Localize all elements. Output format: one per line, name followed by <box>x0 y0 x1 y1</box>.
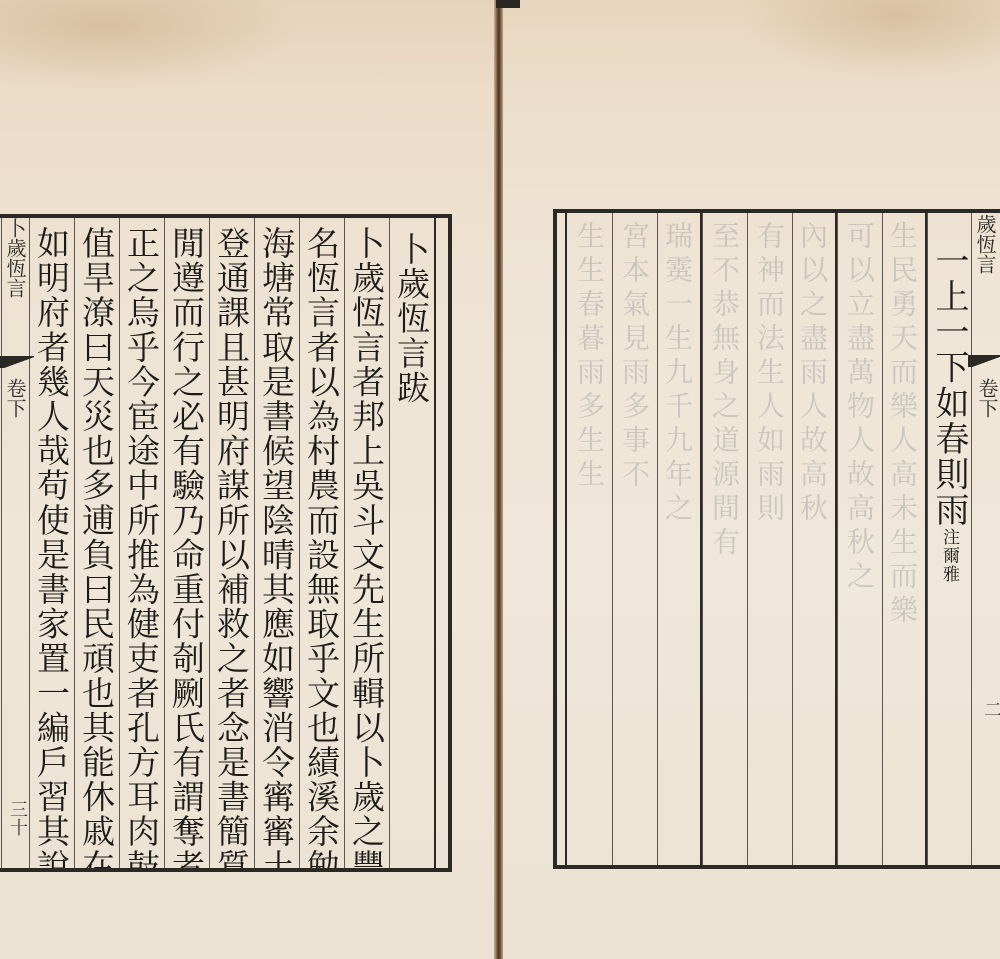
faint-column: 可以立盡萬物人故高秋之 <box>837 213 882 865</box>
fishtail-mark-icon <box>0 356 34 368</box>
text-column: 如明府者幾人哉苟使是書家置一編戶習其說卜歲之徵洞 <box>29 218 74 868</box>
text-column: 閒遵而行之必有驗乃命重付剞劂氏有謂奪者屬余補而是 <box>164 218 209 868</box>
book-spine-gutter <box>494 0 503 959</box>
right-page-frame: 生生春暮雨多生生 宮本氣見雨多事不 瑞霙一生九千九年之 至不恭無身之道源間有 有… <box>553 209 1000 869</box>
right-spine-volume: 卷下 <box>972 378 1000 418</box>
left-page-frame: 卜歲恆言跋 卜歲恆言者邦上吳斗文先生所輯以卜歲之豐歉水旱者也 名恆言者以為村農而… <box>0 214 452 872</box>
left-text-block: 卜歲恆言跋 卜歲恆言者邦上吳斗文先生所輯以卜歲之豐歉水旱者也 名恆言者以為村農而… <box>0 218 436 868</box>
fishtail-mark-icon <box>968 355 1000 367</box>
right-folio-number: 二 <box>978 700 1000 718</box>
text-column: 登通課且甚明府謀所以補救之者念是書簡質易曉流傳民 <box>209 218 254 868</box>
text-column: 海塘常取是書候望陰晴其應如響消令寗寗土故瘠歲比不 <box>254 218 299 868</box>
faint-column: 瑞霙一生九千九年之 <box>657 213 702 865</box>
right-spine-title: 歲恆言 <box>970 214 1000 274</box>
annotation-note: 注爾雅 <box>939 528 959 584</box>
right-first-column: 一上一下如春則雨注爾雅 <box>927 213 972 865</box>
faint-column: 宮本氣見雨多事不 <box>612 213 657 865</box>
water-stain <box>0 0 300 90</box>
spine-margin-column <box>1 218 29 868</box>
faint-column: 生民勇天而樂人高未生而樂 <box>882 213 927 865</box>
left-spine-title: 卜歲恆言 <box>0 218 30 298</box>
colophon-title: 卜歲恆言跋 <box>389 218 434 868</box>
text-column: 卜歲恆言者邦上吳斗文先生所輯以卜歲之豐歉水旱者也 <box>344 218 389 868</box>
spine-binding-mark <box>496 0 520 8</box>
text-column: 名恆言者以為村農而設無取乎文也績溪余勉齋明府昔任 <box>299 218 344 868</box>
faint-column: 至不恭無身之道源間有 <box>702 213 747 865</box>
faint-column: 有神而法生人如雨則 <box>747 213 792 865</box>
left-folio-number: 三十 <box>4 800 30 836</box>
water-stain <box>740 0 1000 80</box>
faint-column: 生生春暮雨多生生 <box>567 213 612 865</box>
right-text-block: 生生春暮雨多生生 宮本氣見雨多事不 瑞霙一生九千九年之 至不恭無身之道源間有 有… <box>565 213 1000 865</box>
faint-column: 內以之盡雨人故高秋 <box>792 213 837 865</box>
text-column: 值旱潦曰天災也多逋負曰民頑也其能休戚在己講求農政 <box>74 218 119 868</box>
text-column: 正之烏乎今宦途中所推為健吏者孔方耳肉鼓吹耳夏畦耳 <box>119 218 164 868</box>
right-first-column-text: 一上一下如春則雨 <box>929 243 969 528</box>
left-spine-volume: 卷下 <box>0 378 30 418</box>
